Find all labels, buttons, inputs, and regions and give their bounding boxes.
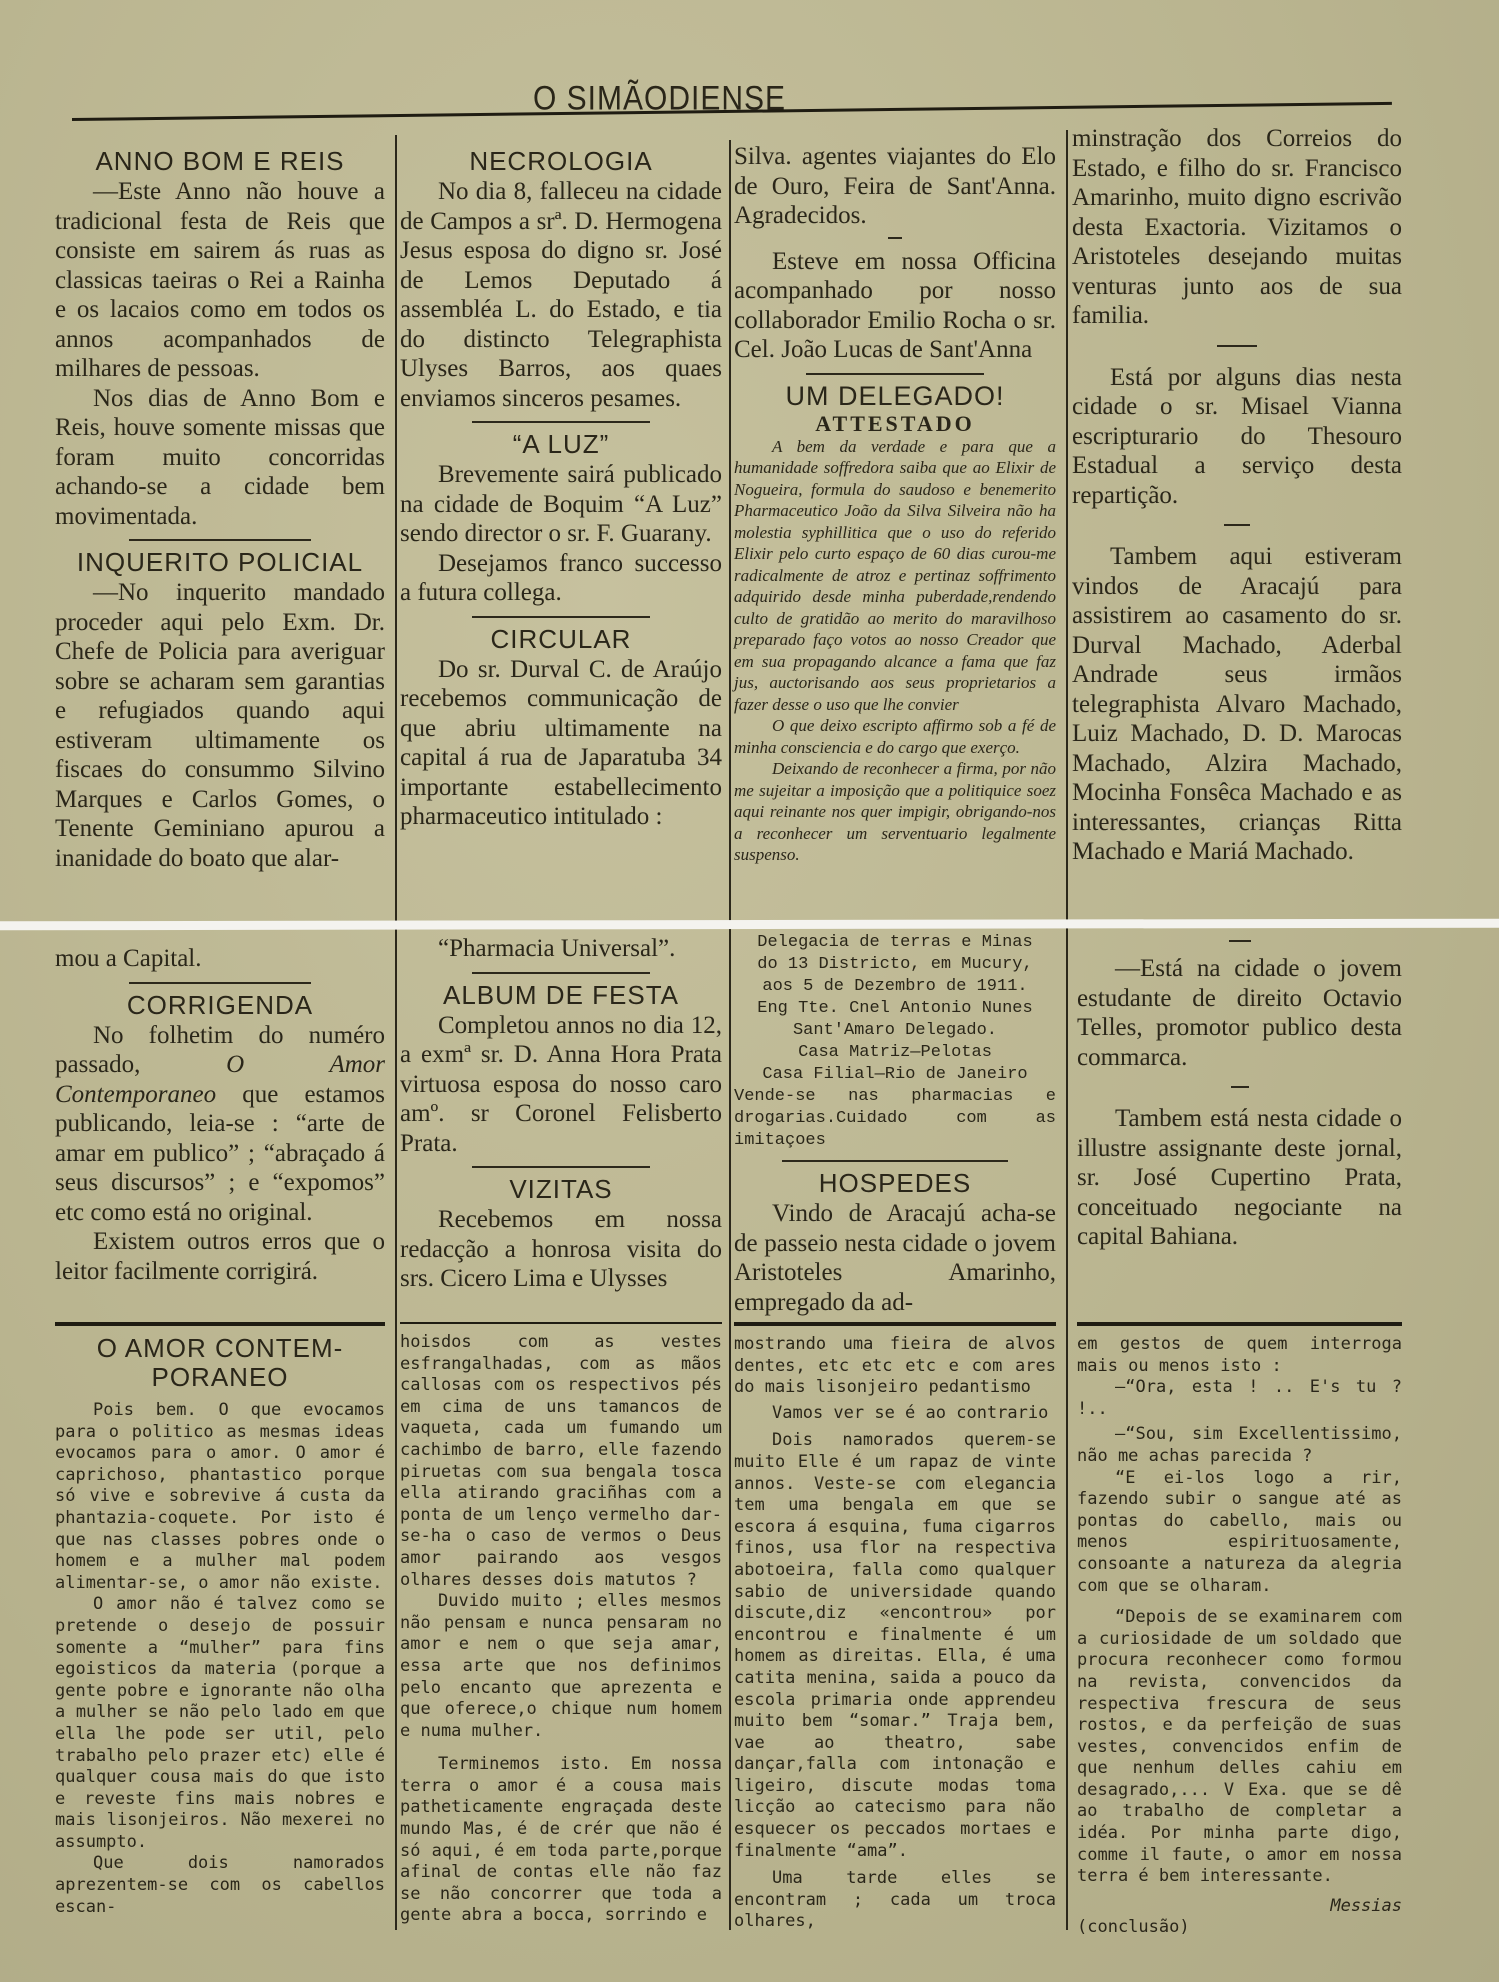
separator <box>129 539 311 541</box>
feuilleton-text: O amor não é talvez como se pretende o d… <box>55 1594 385 1853</box>
heading-delegado: UM DELEGADO! <box>734 381 1056 412</box>
article-text: —Este Anno não houve a tradicional festa… <box>55 177 385 384</box>
feuilleton-text: Terminemos isto. Em nossa terra o amor é… <box>400 1754 722 1927</box>
ad-line: Sant'Amaro Delegado. <box>734 1020 1056 1042</box>
feuilleton-text: mostrando uma fieira de alvos dentes, et… <box>734 1334 1056 1399</box>
page-tear <box>0 919 1499 931</box>
heading-album: ALBUM DE FESTA <box>400 980 722 1011</box>
article-text: Silva. agentes viajantes do Elo de Ouro,… <box>734 142 1056 231</box>
ad-line: Casa Filial—Rio de Janeiro <box>734 1064 1056 1086</box>
article-text: —No inquerito mandado proceder aqui pelo… <box>55 578 385 873</box>
heading-corrigenda: CORRIGENDA <box>55 990 385 1021</box>
feuilleton-text: “E ei-los logo a rir, fazendo subir o sa… <box>1077 1468 1402 1598</box>
article-text: Existem outros erros que o leitor facilm… <box>55 1227 385 1286</box>
article-text: “Pharmacia Universal”. <box>400 934 722 964</box>
feuilleton-text: Dois namorados querem-se muito Elle é um… <box>734 1430 1056 1862</box>
article-text: No folhetim do numéro passado, O Amor Co… <box>55 1021 385 1228</box>
folhetim-column-2: hoisdos com as vestes esfrangalhadas, co… <box>400 1318 722 1927</box>
folhetim-column-4: em gestos de quem interroga mais ou meno… <box>1077 1318 1402 1939</box>
separator <box>472 1166 649 1168</box>
article-text: Do sr. Durval C. de Araújo recebemos com… <box>400 655 722 832</box>
separator <box>1231 1086 1249 1088</box>
ad-line: Eng Tte. Cnel Antonio Nunes <box>734 998 1056 1020</box>
article-text: —Está na cidade o jovem estudante de dir… <box>1077 954 1402 1072</box>
feuilleton-text: Que dois namorados aprezentem-se com os … <box>55 1853 385 1918</box>
separator <box>806 373 983 375</box>
ad-line: aos 5 de Dezembro de 1911. <box>734 976 1056 998</box>
feuilleton-text: Duvido muito ; elles mesmos não pensam e… <box>400 1591 722 1742</box>
column-divider <box>729 140 731 1930</box>
author-signature: Messias <box>1077 1896 1402 1918</box>
article-text: Tambem aqui estiveram vindos de Aracajú … <box>1072 542 1402 867</box>
heading-vizitas: VIZITAS <box>400 1174 722 1205</box>
lower-column-1: mou a Capital. CORRIGENDA No folhetim do… <box>55 944 385 1286</box>
separator <box>782 1160 1007 1162</box>
article-text: minstração dos Correios do Estado, e fil… <box>1072 124 1402 331</box>
column-divider <box>1066 130 1068 1930</box>
heading-necrologia: NECROLOGIA <box>400 146 722 177</box>
feuilleton-text: Uma tarde elles se encontram ; cada um t… <box>734 1868 1056 1933</box>
separator <box>472 972 649 974</box>
upper-column-4: minstração dos Correios do Estado, e fil… <box>1072 124 1402 867</box>
feuilleton-text: hoisdos com as vestes esfrangalhadas, co… <box>400 1332 722 1591</box>
ad-line: Delegacia de terras e Minas <box>734 932 1056 954</box>
separator <box>888 237 902 239</box>
feuilleton-text: em gestos de quem interroga mais ou meno… <box>1077 1334 1402 1377</box>
lower-column-2: “Pharmacia Universal”. ALBUM DE FESTA Co… <box>400 934 722 1294</box>
feuilleton-text: Pois bem. O que evocamos para o politico… <box>55 1400 385 1594</box>
feuilleton-text: Vamos ver se é ao contrario <box>734 1403 1056 1425</box>
continuation-note: (conclusão) <box>1077 1917 1402 1939</box>
ad-text: O que deixo escripto affirmo sob a fé de… <box>734 715 1056 758</box>
heading-a-luz: “A LUZ” <box>400 429 722 460</box>
article-text: No dia 8, falleceu na cidade de Campos a… <box>400 177 722 413</box>
article-text: Esteve em nossa Officina acompanhado por… <box>734 247 1056 365</box>
separator <box>400 1322 722 1324</box>
separator <box>734 1322 1056 1326</box>
feuilleton-text: “Depois de se examinarem com a curiosida… <box>1077 1607 1402 1888</box>
upper-column-1: ANNO BOM E REIS —Este Anno não houve a t… <box>55 144 385 873</box>
column-divider <box>395 135 397 1930</box>
article-text: mou a Capital. <box>55 944 385 974</box>
separator <box>1077 1322 1402 1326</box>
feuilleton-text: —“Ora, esta ! .. E's tu ? !.. <box>1077 1377 1402 1420</box>
article-text: Está por alguns dias nesta cidade o sr. … <box>1072 363 1402 511</box>
heading-folhetim: O AMOR CONTEM-PORANEO <box>55 1334 385 1392</box>
separator <box>129 982 311 984</box>
article-text: Vindo de Aracajú acha-se de passeio nest… <box>734 1199 1056 1317</box>
article-text: Brevemente sairá publicado na cidade de … <box>400 460 722 549</box>
separator <box>472 421 649 423</box>
folhetim-column-3: mostrando uma fieira de alvos dentes, et… <box>734 1318 1056 1933</box>
article-text: Desejamos franco successo a futura colle… <box>400 549 722 608</box>
heading-anno-bom: ANNO BOM E REIS <box>55 146 385 177</box>
article-text: Tambem está nesta cidade o illustre assi… <box>1077 1104 1402 1252</box>
subheading-attestado: ATTESTADO <box>734 412 1056 436</box>
feuilleton-text: —“Sou, sim Excellentissimo, não me achas… <box>1077 1424 1402 1467</box>
separator <box>55 1322 385 1326</box>
ad-text: Deixando de reconhecer a firma, por não … <box>734 758 1056 866</box>
article-text: Completou annos no dia 12, a exmª sr. D.… <box>400 1011 722 1159</box>
ad-text: A bem da verdade e para que a humanidade… <box>734 436 1056 716</box>
ad-line: Casa Matriz—Pelotas <box>734 1042 1056 1064</box>
heading-hospedes: HOSPEDES <box>734 1168 1056 1199</box>
folhetim-column-1: O AMOR CONTEM-PORANEO Pois bem. O que ev… <box>55 1318 385 1918</box>
lower-column-3: Delegacia de terras e Minas do 13 Distri… <box>734 932 1056 1317</box>
separator <box>1229 940 1251 942</box>
ad-line: do 13 Districto, em Mucury, <box>734 954 1056 976</box>
separator <box>1224 524 1250 526</box>
ad-line: Vende-se nas pharmacias e drogarias.Cuid… <box>734 1086 1056 1152</box>
upper-column-3: Silva. agentes viajantes do Elo de Ouro,… <box>734 142 1056 866</box>
separator <box>1217 345 1257 347</box>
upper-column-2: NECROLOGIA No dia 8, falleceu na cidade … <box>400 144 722 832</box>
article-text: Recebemos em nossa redacção a honrosa vi… <box>400 1205 722 1294</box>
lower-column-4: —Está na cidade o jovem estudante de dir… <box>1077 940 1402 1252</box>
article-text: Nos dias de Anno Bom e Reis, houve somen… <box>55 384 385 532</box>
separator <box>472 616 649 618</box>
heading-circular: CIRCULAR <box>400 624 722 655</box>
ad-block: Delegacia de terras e Minas do 13 Distri… <box>734 932 1056 1152</box>
heading-inquerito: INQUERITO POLICIAL <box>55 547 385 578</box>
